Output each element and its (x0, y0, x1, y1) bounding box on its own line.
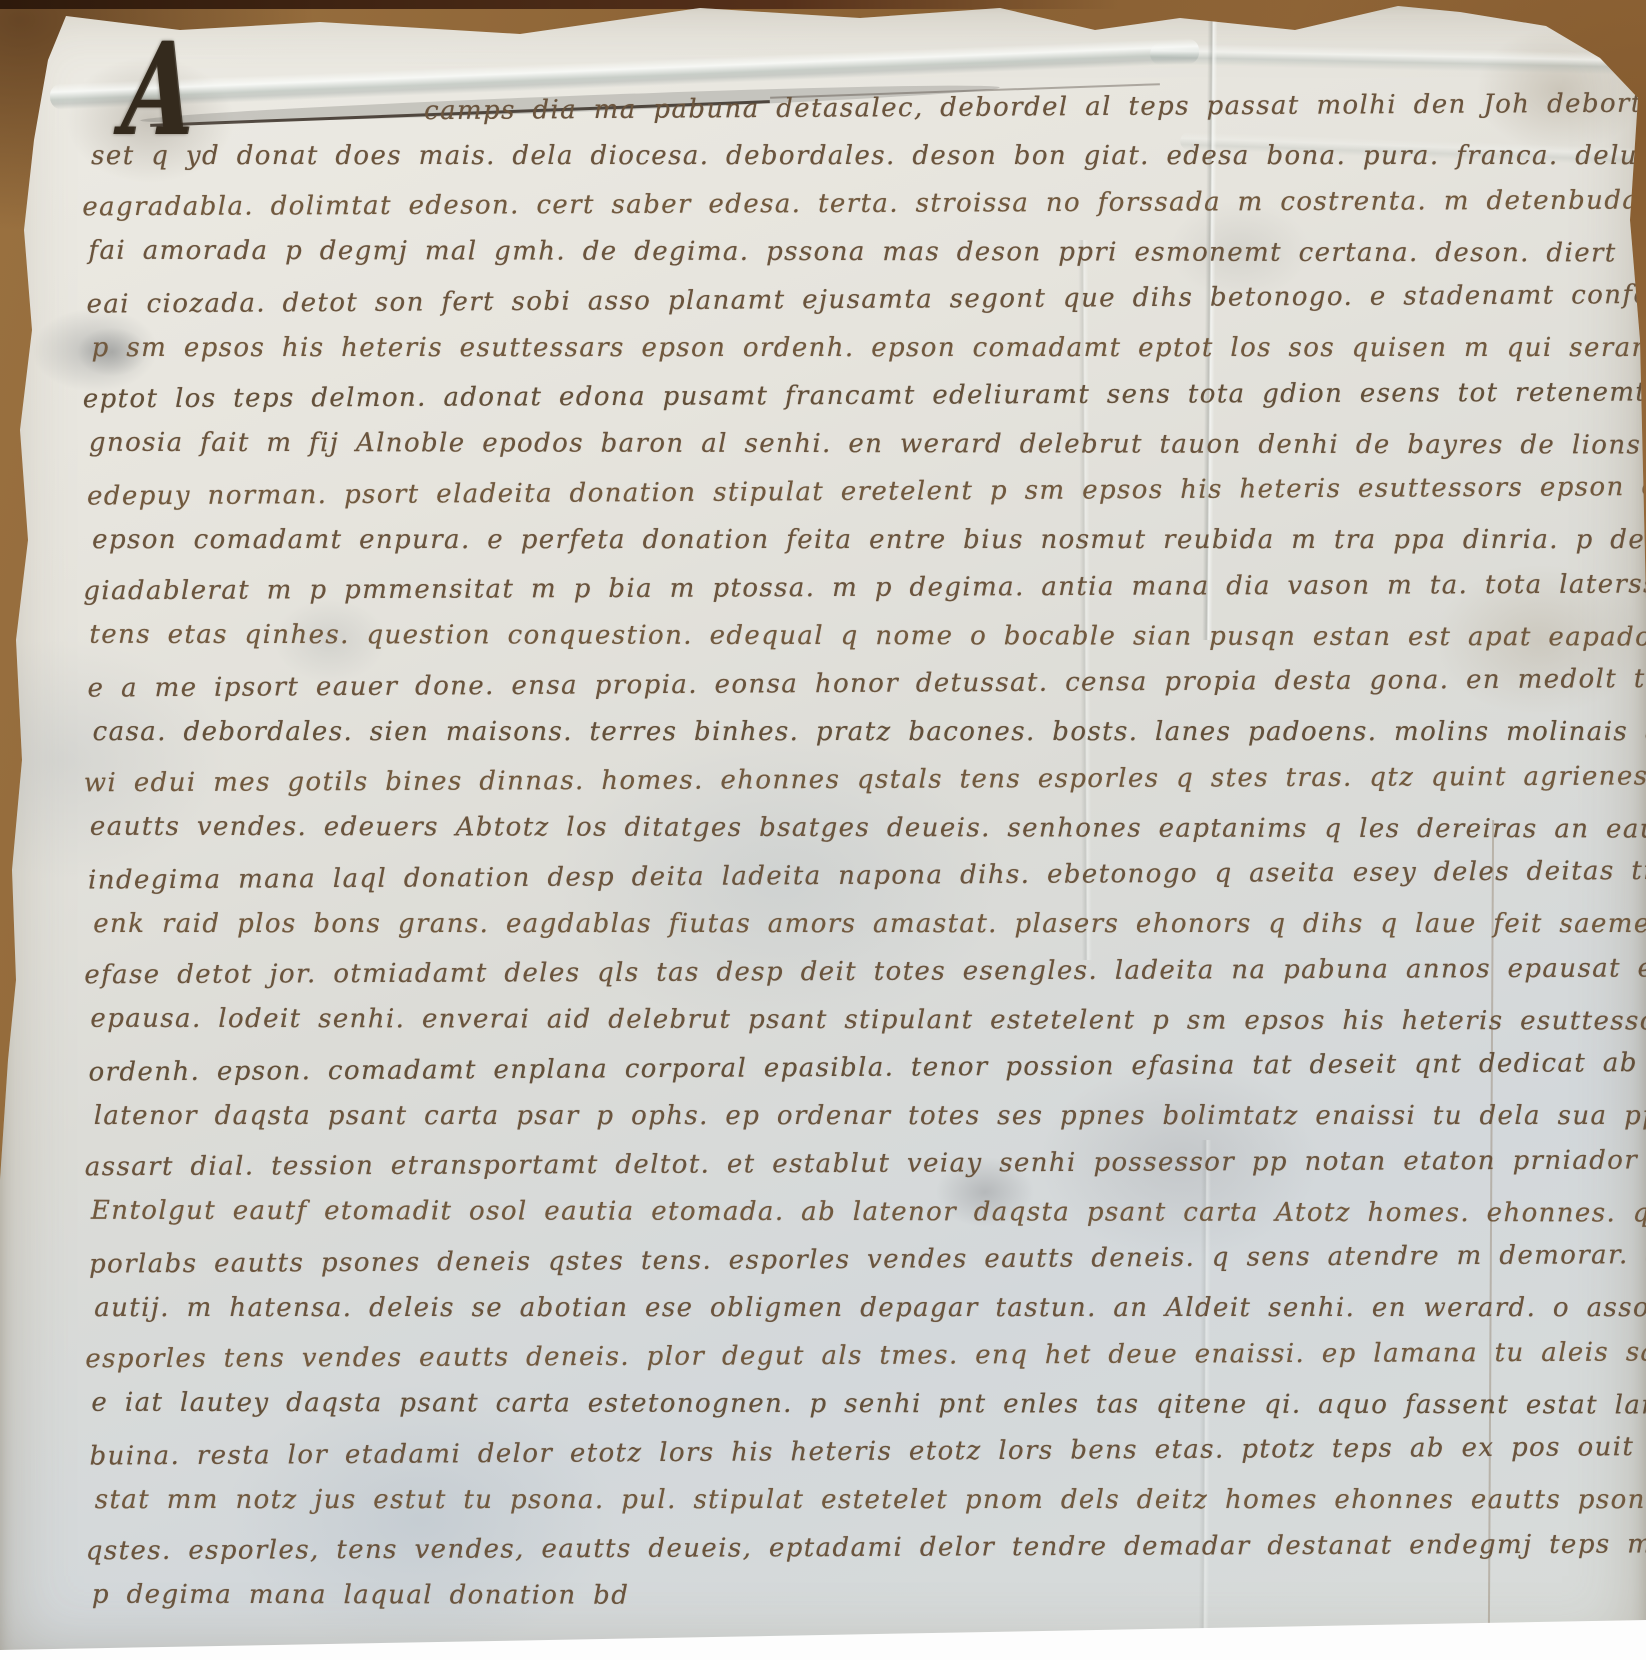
text-line: indegima mana laql donation desp deita l… (88, 847, 1574, 904)
text-line: e a me ipsort eauer done. ensa propia. e… (87, 655, 1573, 712)
text-line: set q yd donat does mais. dela diocesa. … (91, 132, 1577, 180)
text-line: gnosia fait m fij Alnoble epodos baron a… (89, 419, 1575, 470)
text-line: p degima mana laqual donation bd (92, 1571, 1578, 1622)
text-line: autij. m hatensa. deleis se abotian ese … (94, 1284, 1580, 1332)
text-line: latenor daqsta psant carta psar p ophs. … (94, 1092, 1580, 1140)
text-line: qstes. esporles, tens vendes, eautts deu… (86, 1521, 1572, 1575)
text-line: Entolgut eautf etomadit osol eautia etom… (91, 1187, 1577, 1238)
manuscript-text: camps dia ma pabuna detasalec, debordel … (86, 82, 1576, 1622)
text-line: tens etas qinhes. question conquestion. … (89, 611, 1575, 662)
text-line: stat mm notz jus estut tu psona. pul. st… (95, 1476, 1581, 1524)
text-line: buina. resta lor etadami delor etotz lor… (89, 1423, 1575, 1480)
text-line: eptot los teps delmon. adonat edona pusa… (83, 369, 1569, 423)
text-line: epson comadamt enpura. e perfeta donatio… (92, 516, 1578, 564)
text-line: edepuy norman. psort eladeita donation s… (87, 463, 1573, 520)
parchment-sheet: A camps dia ma pabuna detasalec, deborde… (0, 0, 1646, 1660)
text-line: casa. debordales. sien maisons. terres b… (93, 708, 1579, 756)
text-line: camps dia ma pabuna detasalec, debordel … (424, 80, 1572, 135)
text-line: giadablerat m p pmmensitat m p bia m pto… (83, 561, 1569, 615)
text-line: eautts vendes. edeuers Abtotz los ditatg… (90, 803, 1576, 854)
text-line: e iat lautey daqsta psant carta estetono… (91, 1379, 1577, 1430)
text-line: p sm epsos his heteris esuttessars epson… (92, 324, 1578, 372)
manuscript-photo: A camps dia ma pabuna detasalec, deborde… (0, 0, 1646, 1660)
text-line: assart dial. tession etransportamt delto… (85, 1137, 1571, 1191)
text-line: eai ciozada. detot son fert sobi asso pl… (86, 271, 1572, 328)
text-line: esporles tens vendes eautts deneis. plor… (85, 1329, 1571, 1383)
text-line: ordenh. epson. comadamt enplana corporal… (88, 1039, 1574, 1096)
text-line: efase detot jor. otmiadamt deles qls tas… (84, 945, 1570, 999)
text-line: enk raid plos bons grans. eagdablas fiut… (93, 900, 1579, 948)
text-line: porlabs eautts psones deneis qstes tens.… (89, 1231, 1575, 1288)
text-line: wi edui mes gotils bines dinnas. homes. … (84, 753, 1570, 807)
board-top-edge (0, 0, 1120, 9)
text-line: fai amorada p degmj mal gmh. de degima. … (88, 227, 1574, 278)
text-line: epausa. lodeit senhi. enverai aid delebr… (90, 995, 1576, 1046)
text-line: eagradabla. dolimtat edeson. cert saber … (82, 177, 1568, 231)
